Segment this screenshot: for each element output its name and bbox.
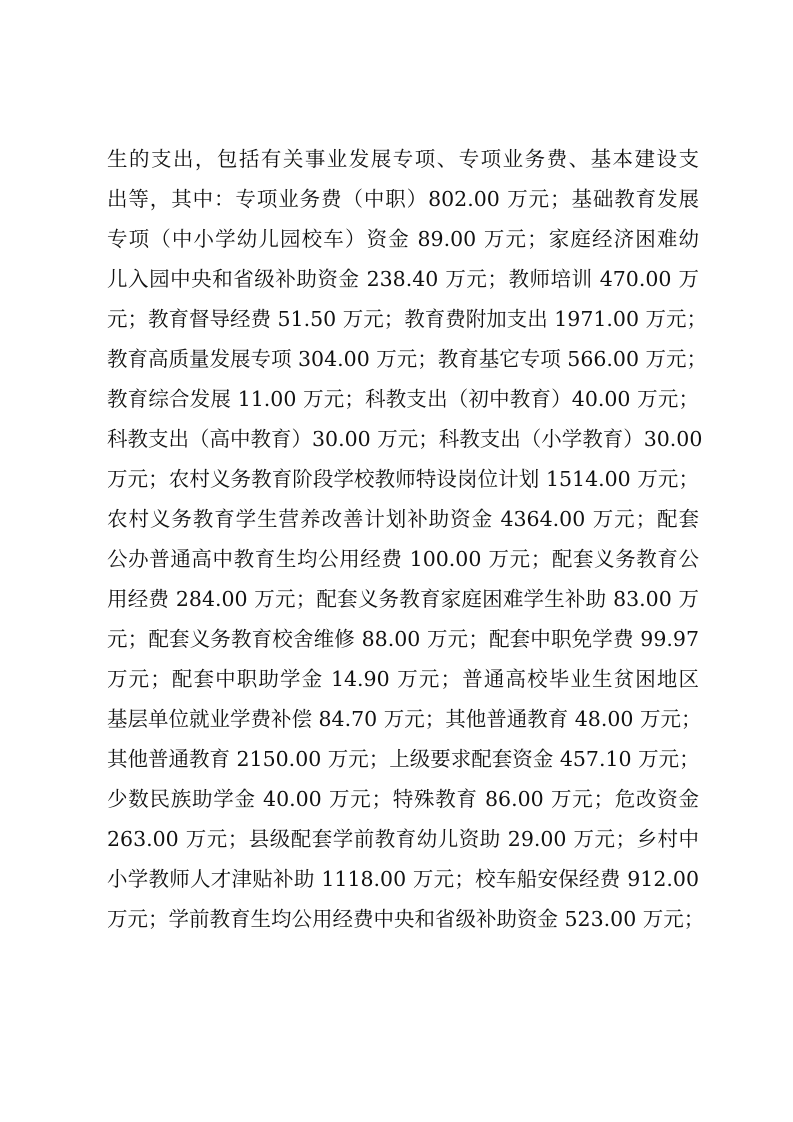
text-line-9: 万元；农村义务教育阶段学校教师特设岗位计划 1514.00 万元； bbox=[107, 459, 699, 499]
document-page: 生的支出，包括有关事业发展专项、专项业务费、基本建设支 出等，其中：专项业务费（… bbox=[0, 0, 793, 1122]
text-line-6: 教育高质量发展专项 304.00 万元；教育基它专项 566.00 万元； bbox=[107, 339, 699, 379]
text-line-11: 公办普通高中教育生均公用经费 100.00 万元；配套义务教育公 bbox=[107, 539, 699, 579]
text-line-7: 教育综合发展 11.00 万元；科教支出（初中教育）40.00 万元； bbox=[107, 379, 699, 419]
text-line-8: 科教支出（高中教育）30.00 万元；科教支出（小学教育）30.00 bbox=[107, 419, 699, 459]
text-line-13: 元；配套义务教育校舍维修 88.00 万元；配套中职免学费 99.97 bbox=[107, 619, 699, 659]
text-line-14: 万元；配套中职助学金 14.90 万元；普通高校毕业生贫困地区 bbox=[107, 659, 699, 699]
text-line-3: 专项（中小学幼儿园校车）资金 89.00 万元；家庭经济困难幼 bbox=[107, 219, 699, 259]
text-line-2: 出等，其中：专项业务费（中职）802.00 万元；基础教育发展 bbox=[107, 179, 699, 219]
text-line-4: 儿入园中央和省级补助资金 238.40 万元；教师培训 470.00 万 bbox=[107, 259, 699, 299]
text-line-5: 元；教育督导经费 51.50 万元；教育费附加支出 1971.00 万元； bbox=[107, 299, 699, 339]
text-line-16: 其他普通教育 2150.00 万元；上级要求配套资金 457.10 万元； bbox=[107, 739, 699, 779]
text-line-10: 农村义务教育学生营养改善计划补助资金 4364.00 万元；配套 bbox=[107, 499, 699, 539]
text-line-20: 万元；学前教育生均公用经费中央和省级补助资金 523.00 万元； bbox=[107, 899, 699, 939]
text-line-12: 用经费 284.00 万元；配套义务教育家庭困难学生补助 83.00 万 bbox=[107, 579, 699, 619]
text-line-1: 生的支出，包括有关事业发展专项、专项业务费、基本建设支 bbox=[107, 139, 699, 179]
text-line-18: 263.00 万元；县级配套学前教育幼儿资助 29.00 万元；乡村中 bbox=[107, 819, 699, 859]
text-line-17: 少数民族助学金 40.00 万元；特殊教育 86.00 万元；危改资金 bbox=[107, 779, 699, 819]
body-paragraph: 生的支出，包括有关事业发展专项、专项业务费、基本建设支 出等，其中：专项业务费（… bbox=[107, 139, 699, 939]
text-line-19: 小学教师人才津贴补助 1118.00 万元；校车船安保经费 912.00 bbox=[107, 859, 699, 899]
text-line-15: 基层单位就业学费补偿 84.70 万元；其他普通教育 48.00 万元； bbox=[107, 699, 699, 739]
